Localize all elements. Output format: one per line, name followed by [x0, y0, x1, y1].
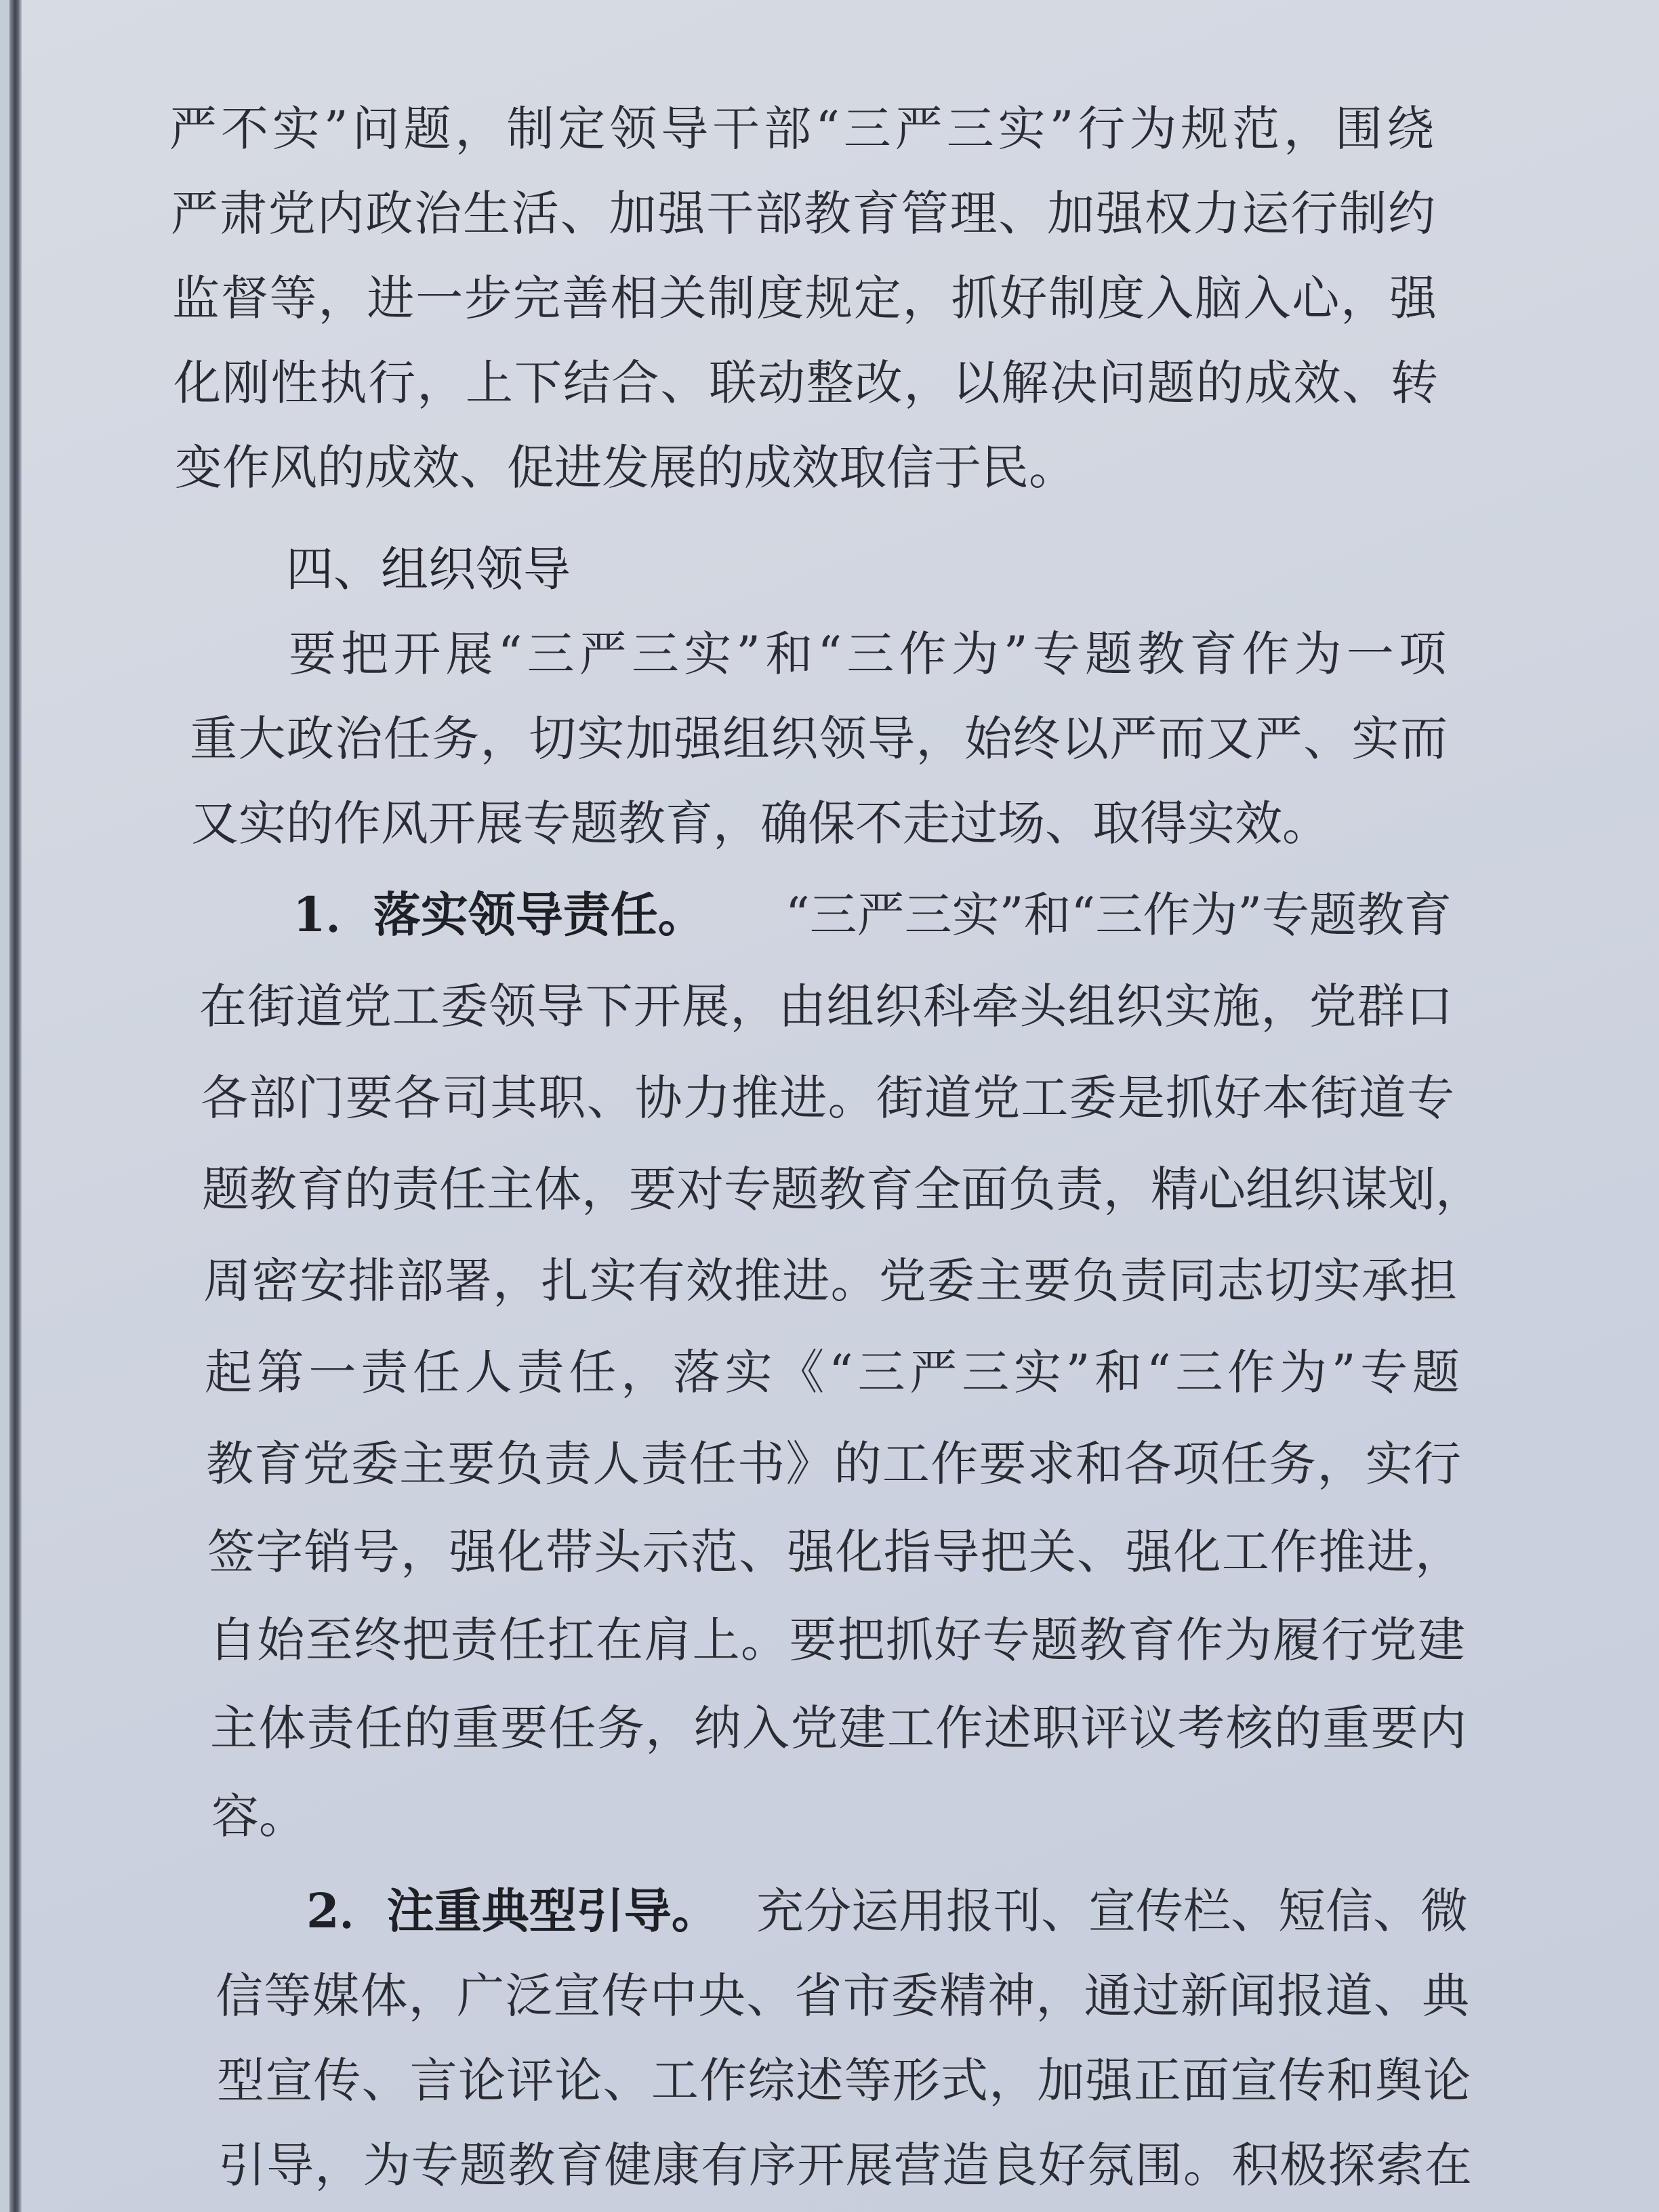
text-line-last: 容。 [211, 1789, 306, 1843]
section-heading: 四、组织领导 [286, 542, 571, 596]
page-edge-shadow [9, 0, 22, 2212]
text-line: 严不实”问题，制定领导干部“三严三实”行为规范，围绕 [169, 102, 1434, 156]
text-line: 主体责任的重要任务，纳入党建工作述职评议考核的重要内 [210, 1701, 1467, 1755]
item-2-heading: 2．注重典型引导。 [306, 1884, 719, 1938]
text-line-last: 变作风的成效、促进发展的成效取信于民。 [175, 441, 1076, 495]
item-1-heading: 1．落实领导责任。 [293, 888, 705, 942]
text-line: 各部门要各司其职、协力推进。街道党工委是抓好本街道专 [201, 1071, 1454, 1125]
item-2-first-line-text: 充分运用报刊、宣传栏、短信、微 [756, 1884, 1468, 1938]
text-line: 题教育的责任主体，要对专题教育全面负责，精心组织谋划， [202, 1162, 1456, 1216]
item-2-first-line: 2．注重典型引导。 充分运用报刊、宣传栏、短信、微 [306, 1884, 1468, 1938]
document-page: 严不实”问题，制定领导干部“三严三实”行为规范，围绕 严肃党内政治生活、加强干部… [22, 0, 1659, 2212]
text-line: 型宣传、言论评论、工作综述等形式，加强正面宣传和舆论 [217, 2053, 1471, 2108]
text-line: 教育党委主要负责人责任书》的工作要求和各项任务，实行 [206, 1437, 1461, 1491]
item-1-first-line: 1．落实领导责任。 “三严三实”和“三作为”专题教育 [293, 888, 1452, 942]
text-line: 起第一责任人责任，落实《“三严三实”和“三作为”专题 [205, 1345, 1460, 1399]
text-line: 引导，为专题教育健康有序开展营造良好氛围。积极探索在 [218, 2138, 1472, 2192]
text-line: 要把开展“三严三实”和“三作为”专题教育作为一项 [289, 627, 1446, 681]
item-1-number: 1． [293, 886, 373, 943]
text-line: 化刚性执行，上下结合、联动整改，以解决问题的成效、转 [173, 356, 1438, 410]
text-line: 在街道党工委领导下开展，由组织科牵头组织实施，党群口 [199, 979, 1453, 1033]
text-line: 信等媒体，广泛宣传中央、省市委精神，通过新闻报道、典 [216, 1969, 1469, 2023]
item-2-number: 2． [306, 1883, 387, 1939]
item-1-title: 落实领导责任。 [373, 886, 705, 943]
item-2-title: 注重典型引导。 [387, 1883, 719, 1939]
text-line: 周密安排部署，扎实有效推进。党委主要负责同志切实承担 [203, 1254, 1457, 1308]
item-1-first-line-text: “三严三实”和“三作为”专题教育 [785, 888, 1452, 942]
text-line: 签字销号，强化带头示范、强化指导把关、强化工作推进， [207, 1525, 1462, 1579]
text-line: 重大政治任务，切实加强组织领导，始终以严而又严、实而 [190, 712, 1448, 766]
text-line: 监督等，进一步完善相关制度规定，抓好制度入脑入心，强 [172, 271, 1437, 325]
text-line: 严肃党内政治生活、加强干部教育管理、加强权力运行制约 [171, 186, 1435, 241]
text-line: 自始至终把责任扛在肩上。要把抓好专题教育作为履行党建 [209, 1613, 1465, 1667]
text-line-last: 又实的作风开展专题教育，确保不走过场、取得实效。 [191, 796, 1330, 851]
